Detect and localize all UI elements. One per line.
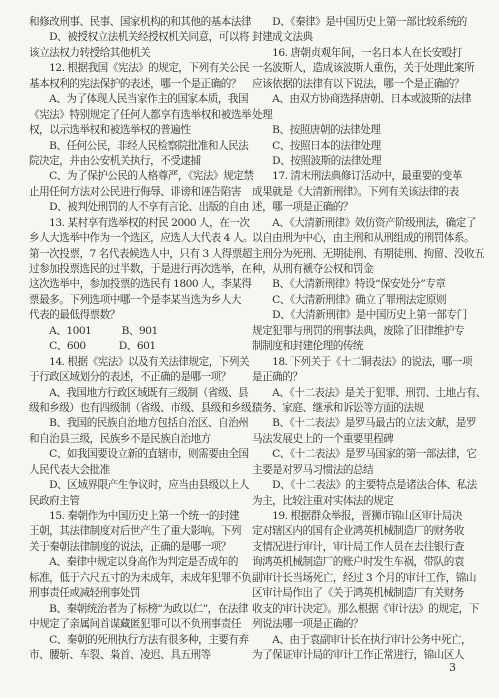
text-line: A、1001 B、901 xyxy=(29,324,251,339)
text-line: 定对辖区内的国有企业鸿英机械制造厂的财务收 xyxy=(252,524,474,539)
text-line: 主要是对罗马习惯法的总结 xyxy=(252,463,474,478)
text-line: 询鸿英机械制造厂的账户时发生车祸，带队的袁 xyxy=(252,555,474,570)
text-line: C、秦朝的死刑执行方法有很多种，主要有弃 xyxy=(29,633,251,648)
right-column: D、《秦律》是中国历史上第一部比较系统的封建成文法典 16. 唐朝贞观年间，一名… xyxy=(252,15,474,663)
text-line: A、《十二表法》是关于犯罪、刑罚、土地占有、 xyxy=(252,386,474,401)
text-line: A、为了体现人民当家作主的国家本质，我国 xyxy=(29,92,251,107)
text-line: 止用任何方法对公民进行侮辱、诽谤和诬告陷害 xyxy=(29,185,251,200)
text-line: 民政府主管 xyxy=(29,494,251,509)
text-line: C、按照日本的法律处理 xyxy=(252,139,474,154)
text-line: 规定犯罪与刑罚的刑事法典，废除了旧律维护专 xyxy=(252,324,474,339)
text-line: 是正确的？ xyxy=(252,370,474,385)
text-line: C、《十二表法》是罗马国家的第一部法律，它 xyxy=(252,447,474,462)
text-line: 19. 根据群众举报，晋狮市锦山区审计局决 xyxy=(252,509,474,524)
text-line: 王朝，其法律制度对后世产生了重大影响。下列 xyxy=(29,524,251,539)
text-line: 市、腰斩、车裂、枭首、凌迟、具五刑等 xyxy=(29,648,251,663)
text-line: 为了保证审计局的审计工作正常进行，锦山区人 xyxy=(252,648,474,663)
text-line: 过参加投票选民的过半数，于是进行再次选举，在 xyxy=(29,262,251,277)
text-line: 封建成文法典 xyxy=(252,30,474,45)
text-line: B、任何公民，非经人民检察院批准和人民法 xyxy=(29,139,251,154)
text-line: 级和乡级）也有四级制（省级、市级、县级和乡级） xyxy=(29,401,251,416)
text-line: 人民代表大会批准 xyxy=(29,463,251,478)
text-line: 第一次投票，7 名代表候选人中，只有 3 人得票超 xyxy=(29,247,251,262)
text-line: 关于秦朝法律制度的说法，正确的是哪一项？ xyxy=(29,540,251,555)
text-line: 乡人大选举中作为一个选区，应选人大代表 4 人。 xyxy=(29,231,251,246)
text-line: 一名波斯人，造成该波斯人重伤，关于处理此案所 xyxy=(252,61,474,76)
text-line: 13. 某村享有选举权的村民 2000 人，在一次 xyxy=(29,216,251,231)
text-line: D、《秦律》是中国历史上第一部比较系统的 xyxy=(252,15,474,30)
text-line: 和自治县三级，民族乡不是民族自治地方 xyxy=(29,432,251,447)
text-line: 刑事责任或减轻刑事处罚 xyxy=(29,586,251,601)
text-line: 该立法权力转授给其他机关 xyxy=(29,46,251,61)
text-line: 主刑分为死刑、无期徒刑、有期徒刑、拘留、没收五 xyxy=(252,247,474,262)
text-line: 支情况进行审计，审计局工作人员在去往银行查 xyxy=(252,540,474,555)
text-line: 这次选举中，参加投票的选民有 1800 人，李某得 xyxy=(29,277,251,292)
text-line: B、《十二表法》是罗马最古的立法文献，是罗 xyxy=(252,416,474,431)
text-line: A、由于袁副审计长在执行审计公务中死亡， xyxy=(252,633,474,648)
text-line: 处理 xyxy=(252,108,474,123)
text-line: 18. 下列关于《十二铜表法》的说法，哪一项 xyxy=(252,355,474,370)
text-line: B、《大清新刑律》特设“保安处分”专章 xyxy=(252,277,474,292)
text-line: B、秦朝统治者为了标榜“为政以仁”，在法律 xyxy=(29,602,251,617)
text-line: 应该依据的法律有以下说法，哪一个是正确的？ xyxy=(252,77,474,92)
text-line: 债务、家庭、继承和诉讼等方面的法规 xyxy=(252,401,474,416)
text-line: C、为了保护公民的人格尊严，《宪法》规定禁 xyxy=(29,169,251,184)
text-line: 中规定了亲属间首谋藏匿犯罪可以不负刑事责任 xyxy=(29,617,251,632)
text-line: C、《大清新刑律》确立了罪刑法定原则 xyxy=(252,293,474,308)
text-line: 16. 唐朝贞观年间，一名日本人在长安殴打 xyxy=(252,46,474,61)
text-line: 12. 根据我国《宪法》的规定，下列有关公民 xyxy=(29,61,251,76)
text-line: 制制度和封建伦理的传统 xyxy=(252,339,474,354)
text-line: 《宪法》特别规定了任何人都享有选举权和被选举 xyxy=(29,108,251,123)
text-line: 票最多。下列选项中哪一个是李某当选为乡人大 xyxy=(29,293,251,308)
text-line: 标准，低于六尺五寸的为未成年，未成年犯罪不负 xyxy=(29,571,251,586)
text-line: 基本权利的宪法保护的表述，哪一个是正确的？ xyxy=(29,77,251,92)
text-line: 权，以示选举权和被选举权的普遍性 xyxy=(29,123,251,138)
text-line: 17. 清末刑法典修订活动中，最重要的变革 xyxy=(252,169,474,184)
text-line: D、区域界限产生争议时，应当由县级以上人 xyxy=(29,478,251,493)
text-line: B、我国的民族自治地方包括自治区、自治州 xyxy=(29,416,251,431)
text-line: 院决定，并由公安机关执行，不受逮捕 xyxy=(29,154,251,169)
text-line: A、秦律中规定以身高作为判定是否成年的 xyxy=(29,555,251,570)
text-line: A、我国地方行政区域既有三级制（省级、县 xyxy=(29,386,251,401)
text-line: 和修改刑事、民事、国家机构的和其他的基本法律 xyxy=(29,15,251,30)
text-line: D、按照波斯的法律处理 xyxy=(252,154,474,169)
text-line: 列说法哪一项是正确的？ xyxy=(252,617,474,632)
text-line: C、如我国要设立新的直辖市，则需要由全国 xyxy=(29,447,251,462)
text-line: D、被判处刑罚的人不享有言论、出版的自由 xyxy=(29,200,251,215)
text-line: 以自由刑为中心，由主刑和从刑组成的刑罚体系。 xyxy=(252,231,474,246)
text-line: 15. 秦朝作为中国历史上第一个统一的封建 xyxy=(29,509,251,524)
text-line: 代表的最低得票数？ xyxy=(29,308,251,323)
text-line: 为主，比较注重对实体法的规定 xyxy=(252,494,474,509)
text-line: 成果就是《大清新刑律》。下列有关该法律的表 xyxy=(252,185,474,200)
text-line: A、《大清新刑律》效仿资产阶级刑法，确定了 xyxy=(252,216,474,231)
text-line: 区审计局作出了《关于鸿英机械制造厂有关财务 xyxy=(252,586,474,601)
text-line: 于行政区域划分的表述，不正确的是哪一项？ xyxy=(29,370,251,385)
left-column: 和修改刑事、民事、国家机构的和其他的基本法律 D、被授权立法机关经授权机关同意，… xyxy=(29,15,251,663)
text-line: D、《十二表法》的主要特点是诸法合体、私法 xyxy=(252,478,474,493)
text-line: 马法发展史上的一个重要里程碑 xyxy=(252,432,474,447)
page-number: 3 xyxy=(449,661,456,674)
text-line: 14. 根据《宪法》以及有关法律规定，下列关 xyxy=(29,355,251,370)
text-line: 收支的审计决定》。那么根据《审计法》的规定，下 xyxy=(252,602,474,617)
text-line: D、被授权立法机关经授权机关同意，可以将 xyxy=(29,30,251,45)
document-page: 和修改刑事、民事、国家机构的和其他的基本法律 D、被授权立法机关经授权机关同意，… xyxy=(0,0,499,698)
text-line: 副审计长当场死亡，经过 3 个月的审计工作，锦山 xyxy=(252,571,474,586)
text-line: 种，从刑有褫夺公权和罚金 xyxy=(252,262,474,277)
text-line: B、按照唐朝的法律处理 xyxy=(252,123,474,138)
text-line: A、由双方协商选择唐朝、日本或波斯的法律 xyxy=(252,92,474,107)
text-line: C、600 D、601 xyxy=(29,339,251,354)
text-line: D、《大清新刑律》是中国历史上第一部专门 xyxy=(252,308,474,323)
text-line: 述，哪一项是正确的？ xyxy=(252,200,474,215)
